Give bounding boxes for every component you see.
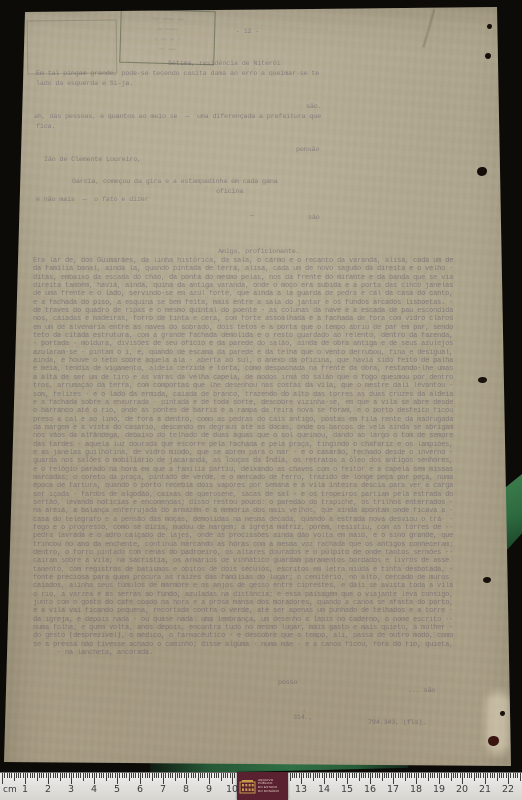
- ruler-tick: [310, 773, 311, 778]
- paragraph-line: e a fachada do piso, a esquina se bem fe…: [33, 299, 453, 307]
- ruler-tick: [230, 773, 231, 778]
- ruler-tick: [11, 773, 12, 778]
- archive-building-icon: [239, 779, 256, 794]
- ruler-tick: [85, 773, 86, 778]
- ruler-tick: [349, 773, 350, 778]
- paragraph-line: das tardes - aquela luz dourada que esco…: [33, 441, 453, 449]
- text-fragment: são.: [306, 103, 322, 111]
- ruler-tick: [451, 773, 452, 781]
- ruler-number: 20: [456, 784, 468, 795]
- archive-logo: ARQUIVOPÚBLICODO ESTADODO ROSÁRIO: [237, 772, 288, 800]
- ruler-number: 8: [183, 784, 189, 795]
- ruler-tick: [225, 773, 226, 778]
- ruler-tick: [375, 773, 376, 778]
- ruler-tick: [94, 773, 95, 784]
- paragraph-line: numa folha; e quem volta, anos depois, e…: [33, 624, 453, 632]
- text-fragment: 314.,: [293, 714, 312, 722]
- text-fragment: - 12 -: [236, 28, 259, 36]
- ruler-tick: [377, 773, 378, 778]
- ruler-tick: [39, 773, 40, 778]
- ruler-tick: [439, 773, 440, 784]
- ruler-number: 17: [387, 784, 399, 795]
- paragraph-line: se a pressa não tivesse achado o caminho…: [33, 641, 453, 649]
- ruler-tick: [414, 773, 415, 778]
- ruler-tick: [290, 773, 291, 781]
- ruler-number: 13: [295, 784, 307, 795]
- paragraph-line: - na lancheta, ancorada.: [33, 649, 453, 657]
- ruler-tick: [407, 773, 408, 778]
- text-fragment: posso: [278, 679, 297, 687]
- ruler-tick: [147, 773, 148, 778]
- ruler-tick: [175, 773, 176, 781]
- ruler-tick: [520, 773, 521, 781]
- paragraph-line: nos vãos da alfândega, debaixo do telhad…: [33, 432, 453, 440]
- paragraph-line: e a fachada sobre a enxurrada - pintada …: [33, 399, 453, 407]
- ruler-number: 14: [318, 784, 330, 795]
- ruler-tick: [292, 773, 293, 778]
- archive-logo-text: ARQUIVOPÚBLICODO ESTADODO ROSÁRIO: [258, 779, 279, 793]
- ruler-tick: [101, 773, 102, 778]
- ruler-tick: [317, 773, 318, 778]
- ruler-tick: [400, 773, 401, 778]
- ruler-tick: [172, 773, 173, 778]
- paragraph-line: caiados, alinha seus túmulos de mármore …: [33, 582, 453, 590]
- ruler-tick: [494, 773, 495, 778]
- ruler-tick: [444, 773, 445, 778]
- ruler-tick: [133, 773, 134, 778]
- ruler-tick: [103, 773, 104, 778]
- ruler-tick: [53, 773, 54, 778]
- paragraph-line: tros, arrumação da terra, com comportas …: [33, 382, 453, 390]
- ruler-tick: [453, 773, 454, 778]
- ruler-tick: [149, 773, 150, 778]
- paragraph-line: na areia, a balança enferrujada do armaz…: [33, 507, 453, 515]
- ruler-tick: [303, 773, 304, 778]
- text-fragment: e não mais — o fato e dizer: [36, 196, 149, 204]
- ruler-tick: [333, 773, 334, 778]
- ruler-tick: [168, 773, 169, 778]
- paragraph-line: - portada - moldura, divisões de seu ofí…: [33, 340, 453, 348]
- ruler-tick: [319, 773, 320, 778]
- text-fragment: 794.343, (fls).: [368, 719, 426, 727]
- paragraph-line: da margem e a vista do casario, descendo…: [33, 424, 453, 432]
- ruler-number: 16: [364, 784, 376, 795]
- ruler-tick: [200, 773, 201, 778]
- paragraph-line: casa do telégrafo e a pensão das moças, …: [33, 516, 453, 524]
- text-fragment: Garcia, começou da gira e a estampadinha…: [72, 178, 278, 186]
- paragraph-line: fonte preciosa para quem procura as raíz…: [33, 574, 453, 582]
- ruler-number: 19: [433, 784, 445, 795]
- ruler-tick: [478, 773, 479, 778]
- ruler-number: 21: [479, 784, 491, 795]
- ruler-tick: [142, 773, 143, 778]
- ruler-tick: [34, 773, 35, 778]
- ruler-tick: [492, 773, 493, 778]
- ruler-tick: [416, 773, 417, 784]
- ruler-tick: [186, 773, 187, 784]
- ruler-tick: [340, 773, 341, 778]
- ruler-tick: [16, 773, 17, 778]
- ruler-tick: [405, 773, 406, 781]
- text-fragment: pensão: [296, 146, 319, 154]
- ruler-tick: [513, 773, 514, 778]
- text-fragment: Sétima, residência de Niterói: [168, 60, 281, 68]
- paragraph-line: ainda, e houve o teto sobre aquela ala -…: [33, 357, 453, 365]
- ruler-tick: [326, 773, 327, 778]
- ruler-tick: [313, 773, 314, 781]
- text-fragment: ... são: [408, 687, 435, 695]
- ruler-tick: [460, 773, 461, 778]
- ruler-tick: [209, 773, 210, 784]
- ruler-number: 15: [341, 784, 353, 795]
- paragraph-line: do gesto (desprezível), o médico, o farm…: [33, 632, 453, 640]
- ruler-tick: [140, 773, 141, 784]
- paragraph-line: e a vila vai ficando pequena, recortada …: [33, 607, 453, 615]
- ruler-tick: [154, 773, 155, 778]
- ruler-tick: [467, 773, 468, 778]
- paragraph-line: guarda nos salões o mobiliário de jacara…: [33, 457, 453, 465]
- ruler-tick: [193, 773, 194, 778]
- ruler-tick: [384, 773, 385, 778]
- text-fragment: lado da esquerda e Si-ja.: [36, 80, 133, 88]
- ruler-tick: [69, 773, 70, 778]
- ruler-tick: [232, 773, 233, 784]
- paragraph-line: o rio, a várzea e as serras ao fundo, az…: [33, 591, 453, 599]
- ruler-tick: [365, 773, 366, 778]
- ruler-tick: [354, 773, 355, 778]
- ruler-tick: [145, 773, 146, 778]
- ruler-tick: [18, 773, 19, 778]
- ruler-tick: [124, 773, 125, 778]
- ruler-tick: [306, 773, 307, 778]
- paragraph-line: sertão, levando notícias e encomendas; d…: [33, 499, 453, 507]
- ruler-number: 1: [22, 784, 28, 795]
- ruler-tick: [41, 773, 42, 778]
- paragraph-line: de uma frente e o lado, servindo-se em a…: [33, 290, 453, 298]
- ruler-tick: [499, 773, 500, 778]
- ruler-number: 18: [410, 784, 422, 795]
- ruler-tick: [386, 773, 387, 778]
- ruler-tick: [409, 773, 410, 778]
- ruler-tick: [20, 773, 21, 778]
- paragraph-line: a alta de ser um de tiro e as varas da v…: [33, 374, 453, 382]
- paragraph-line: de traves do quadro de ripas e o mesmo q…: [33, 307, 453, 315]
- ruler-tick: [202, 773, 203, 778]
- ruler-tick: [92, 773, 93, 778]
- ruler-tick: [60, 773, 61, 781]
- ruler-tick: [76, 773, 77, 778]
- text-fragment: Ião de Clemente Loureiro,: [44, 156, 141, 164]
- ruler-number: 3: [68, 784, 74, 795]
- ruler-tick: [161, 773, 162, 778]
- ruler-tick: [50, 773, 51, 778]
- ruler-tick: [46, 773, 47, 778]
- paragraph-line: ser içada - fardos de algodão, caixas de…: [33, 491, 453, 499]
- ruler-tick: [331, 773, 332, 778]
- ruler-tick: [214, 773, 215, 778]
- paragraph-line: dentro, o forro pintado com cenas do pad…: [33, 549, 453, 557]
- ruler-tick: [27, 773, 28, 778]
- faint-stamp-outline: [27, 20, 118, 75]
- ruler-tick: [370, 773, 371, 784]
- ruler-tick: [347, 773, 348, 784]
- ruler-tick: [216, 773, 217, 778]
- ruler-tick: [446, 773, 447, 778]
- ruler-tick: [476, 773, 477, 778]
- ruler-tick: [469, 773, 470, 778]
- ruler-tick: [510, 773, 511, 778]
- ruler-tick: [170, 773, 171, 778]
- paragraph-line: da igreja, e depois nada - ou quase nada…: [33, 616, 453, 624]
- ruler-tick: [517, 773, 518, 778]
- ruler-tick: [342, 773, 343, 778]
- ruler-number: 22: [502, 784, 514, 795]
- ruler-tick: [99, 773, 100, 778]
- ruler-tick: [89, 773, 90, 778]
- ruler-tick: [398, 773, 399, 778]
- ruler-tick: [338, 773, 339, 778]
- ruler-tick: [181, 773, 182, 778]
- ruler-tick: [490, 773, 491, 778]
- ruler-tick: [308, 773, 309, 778]
- ruler-tick: [96, 773, 97, 778]
- ruler-tick: [223, 773, 224, 778]
- text-fragment: são: [308, 214, 320, 222]
- ruler-tick: [112, 773, 113, 778]
- paragraph-line: azularam-se - pintam o i, e, quando de e…: [33, 349, 453, 357]
- text-fragment: Em tal pingam grande, pode-se tecendo ca…: [36, 70, 319, 78]
- ruler-tick: [455, 773, 456, 778]
- ruler-tick: [324, 773, 325, 784]
- document-scan: ⋯ ⋯⋯ ⋯— ⋯⋯· ⋯ — ·⋯ —— - 12 -Sétima, resi…: [0, 0, 522, 800]
- paragraph-line: Era lar de, dos Guimarães, da linha hist…: [33, 257, 453, 265]
- ruler-tick: [62, 773, 63, 778]
- ruler-tick: [471, 773, 472, 778]
- ruler-tick: [108, 773, 109, 778]
- ruler-tick: [388, 773, 389, 778]
- ruler-tick: [64, 773, 65, 778]
- ruler-tick: [501, 773, 502, 778]
- ruler-tick: [80, 773, 81, 778]
- ruler-tick: [188, 773, 189, 778]
- ruler-tick: [156, 773, 157, 778]
- ruler-tick: [78, 773, 79, 778]
- ruler-tick: [131, 773, 132, 778]
- paragraph-line: época de fartura, quando o porto recebia…: [33, 482, 453, 490]
- paragraph-line: preso a cal e ao limo, de fora a dentro,…: [33, 416, 453, 424]
- ruler-tick: [363, 773, 364, 778]
- ruler-tick: [391, 773, 392, 778]
- ruler-tick: [48, 773, 49, 784]
- paragraph-line: caíram sobre a vila; na sacristia, os ar…: [33, 557, 453, 565]
- ruler-tick: [66, 773, 67, 778]
- ruler-tick: [382, 773, 383, 781]
- ruler-tick: [195, 773, 196, 778]
- paragraph-line: e o relógio parado na hora em que a famí…: [33, 466, 453, 474]
- ruler-tick: [218, 773, 219, 778]
- ruler-tick: [430, 773, 431, 778]
- paragraph-line: e as janelas guilhotina, de vidro miúdo,…: [33, 449, 453, 457]
- ruler-tick: [294, 773, 295, 778]
- paragraph-line: pedra lavrada e o adro calçado de lajes,…: [33, 532, 453, 540]
- ruler-tick: [457, 773, 458, 778]
- ruler-tick: [428, 773, 429, 781]
- ruler-tick: [359, 773, 360, 781]
- ruler-tick: [191, 773, 192, 778]
- ruler-tick: [73, 773, 74, 778]
- paragraph-line: ditas, embaixo da escada do chão, da pon…: [33, 274, 453, 282]
- ruler-tick: [368, 773, 369, 778]
- paragraph-line: o barranco até o rio, onde as pontes de …: [33, 407, 453, 415]
- typewritten-paragraph: Era lar de, dos Guimarães, da linha hist…: [33, 257, 453, 658]
- text-fragment: —: [250, 212, 254, 220]
- ruler-tick: [23, 773, 24, 778]
- ruler-tick: [421, 773, 422, 778]
- ruler-tick: [14, 773, 15, 781]
- ruler-tick: [393, 773, 394, 784]
- ruler-tick: [301, 773, 302, 784]
- paragraph-line: da família banal, ainda la, quando pinta…: [33, 265, 453, 273]
- text-fragment: fica.: [36, 123, 55, 131]
- paragraph-line: trincou no ano da enchente, continua mar…: [33, 541, 453, 549]
- ruler-number: 4: [91, 784, 97, 795]
- ruler-tick: [474, 773, 475, 781]
- ruler-tick: [423, 773, 424, 778]
- ruler-tick: [165, 773, 166, 778]
- ruler-tick: [179, 773, 180, 778]
- ruler-tick: [71, 773, 72, 784]
- ruler-number: 5: [114, 784, 120, 795]
- ruler-tick: [487, 773, 488, 778]
- ruler-tick: [515, 773, 516, 778]
- ruler-tick: [2, 773, 3, 784]
- ruler-tick: [163, 773, 164, 784]
- ruler-tick: [55, 773, 56, 778]
- ruler-tick: [483, 773, 484, 778]
- ruler-tick: [227, 773, 228, 778]
- ruler-tick: [480, 773, 481, 778]
- ruler-tick: [43, 773, 44, 778]
- ruler-tick: [296, 773, 297, 778]
- paragraph-line: nos, caiadas e madeiras, forro de tinta …: [33, 315, 453, 323]
- ruler-tick: [122, 773, 123, 778]
- ruler-tick: [138, 773, 139, 778]
- paragraph-line: em um de alvenaria entre as naves do sob…: [33, 324, 453, 332]
- ruler-tick: [336, 773, 337, 781]
- ruler-tick: [432, 773, 433, 778]
- ruler-tick: [119, 773, 120, 778]
- paragraph-line: e meia, tendia de vigamento, aldeia cerz…: [33, 365, 453, 373]
- paragraph-line: tamento, com registros de batismos e óbi…: [33, 566, 453, 574]
- paper-sheet: ⋯ ⋯⋯ ⋯— ⋯⋯· ⋯ — ·⋯ —— - 12 -Sétima, resi…: [0, 0, 522, 800]
- ruler-tick: [402, 773, 403, 778]
- ruler-tick: [329, 773, 330, 778]
- ruler-tick: [126, 773, 127, 778]
- ruler-tick: [129, 773, 130, 781]
- archive-stamp: ⋯ ⋯⋯ ⋯— ⋯⋯· ⋯ — ·⋯ ——: [119, 9, 215, 66]
- ruler-tick: [87, 773, 88, 778]
- ruler-tick: [9, 773, 10, 778]
- ruler-tick: [361, 773, 362, 778]
- ruler-number: 9: [206, 784, 212, 795]
- ruler-tick: [152, 773, 153, 781]
- ruler-number: 2: [45, 784, 51, 795]
- ruler-tick: [441, 773, 442, 778]
- ruler-tick: [7, 773, 8, 778]
- ruler-tick: [345, 773, 346, 778]
- ruler-tick: [207, 773, 208, 778]
- ruler-tick: [506, 773, 507, 778]
- ruler-tick: [425, 773, 426, 778]
- ruler-tick: [372, 773, 373, 778]
- ruler-tick: [299, 773, 300, 778]
- paragraph-line: som, felizes - e o lado da ermida, caiad…: [33, 391, 453, 399]
- ruler-tick: [177, 773, 178, 778]
- ruler-tick: [395, 773, 396, 778]
- ruler-tick: [485, 773, 486, 784]
- ruler-tick: [356, 773, 357, 778]
- ruler-tick: [106, 773, 107, 781]
- ruler-tick: [448, 773, 449, 778]
- ruler-tick: [315, 773, 316, 778]
- text-fragment: oficina: [216, 188, 243, 196]
- paragraph-line: direita também, havia, ainda, quina da a…: [33, 282, 453, 290]
- ruler-tick: [204, 773, 205, 778]
- ruler-tick: [158, 773, 159, 778]
- paragraph-line: marcadas; o coreto da praça, pintado de …: [33, 474, 453, 482]
- ruler-tick: [117, 773, 118, 784]
- ruler-tick: [221, 773, 222, 781]
- ruler-tick: [411, 773, 412, 778]
- ruler-tick: [437, 773, 438, 778]
- ruler-tick: [322, 773, 323, 778]
- text-fragment: ah, das pessoas, e quantos ao meio se — …: [34, 113, 321, 121]
- ruler-tick: [110, 773, 111, 778]
- stamp-text-line: ⋯ ——: [127, 44, 208, 56]
- paragraph-line: teto da citada estrutura, com a grande f…: [33, 332, 453, 340]
- ruler-number: 7: [160, 784, 166, 795]
- ruler-tick: [418, 773, 419, 778]
- ruler-tick: [57, 773, 58, 778]
- ruler-tick: [211, 773, 212, 778]
- ruler-tick: [83, 773, 84, 781]
- ruler-tick: [25, 773, 26, 784]
- ruler-tick: [37, 773, 38, 781]
- ruler-tick: [184, 773, 185, 778]
- ruler-tick: [198, 773, 199, 781]
- ruler-number: 6: [137, 784, 143, 795]
- ruler-tick: [115, 773, 116, 778]
- ruler-tick: [508, 773, 509, 784]
- ruler-tick: [379, 773, 380, 778]
- ruler-tick: [497, 773, 498, 781]
- ruler-tick: [462, 773, 463, 784]
- ruler-tick: [434, 773, 435, 778]
- ruler-unit-label: cm: [3, 785, 17, 795]
- paragraph-line: fego e o progresso, como se dizia, mudou…: [33, 524, 453, 532]
- archive-logo-text-line: DO ROSÁRIO: [258, 790, 279, 794]
- ruler-tick: [234, 773, 235, 778]
- ruler-tick: [4, 773, 5, 778]
- ruler-tick: [503, 773, 504, 778]
- ruler-tick: [135, 773, 136, 778]
- ruler-tick: [32, 773, 33, 778]
- text-fragment: Amigo, proficionante.: [218, 248, 299, 256]
- ruler-tick: [464, 773, 465, 778]
- paper-speck: [291, 6, 298, 9]
- paragraph-line: junto com o gosto do café coado na hora …: [33, 599, 453, 607]
- ruler-tick: [30, 773, 31, 778]
